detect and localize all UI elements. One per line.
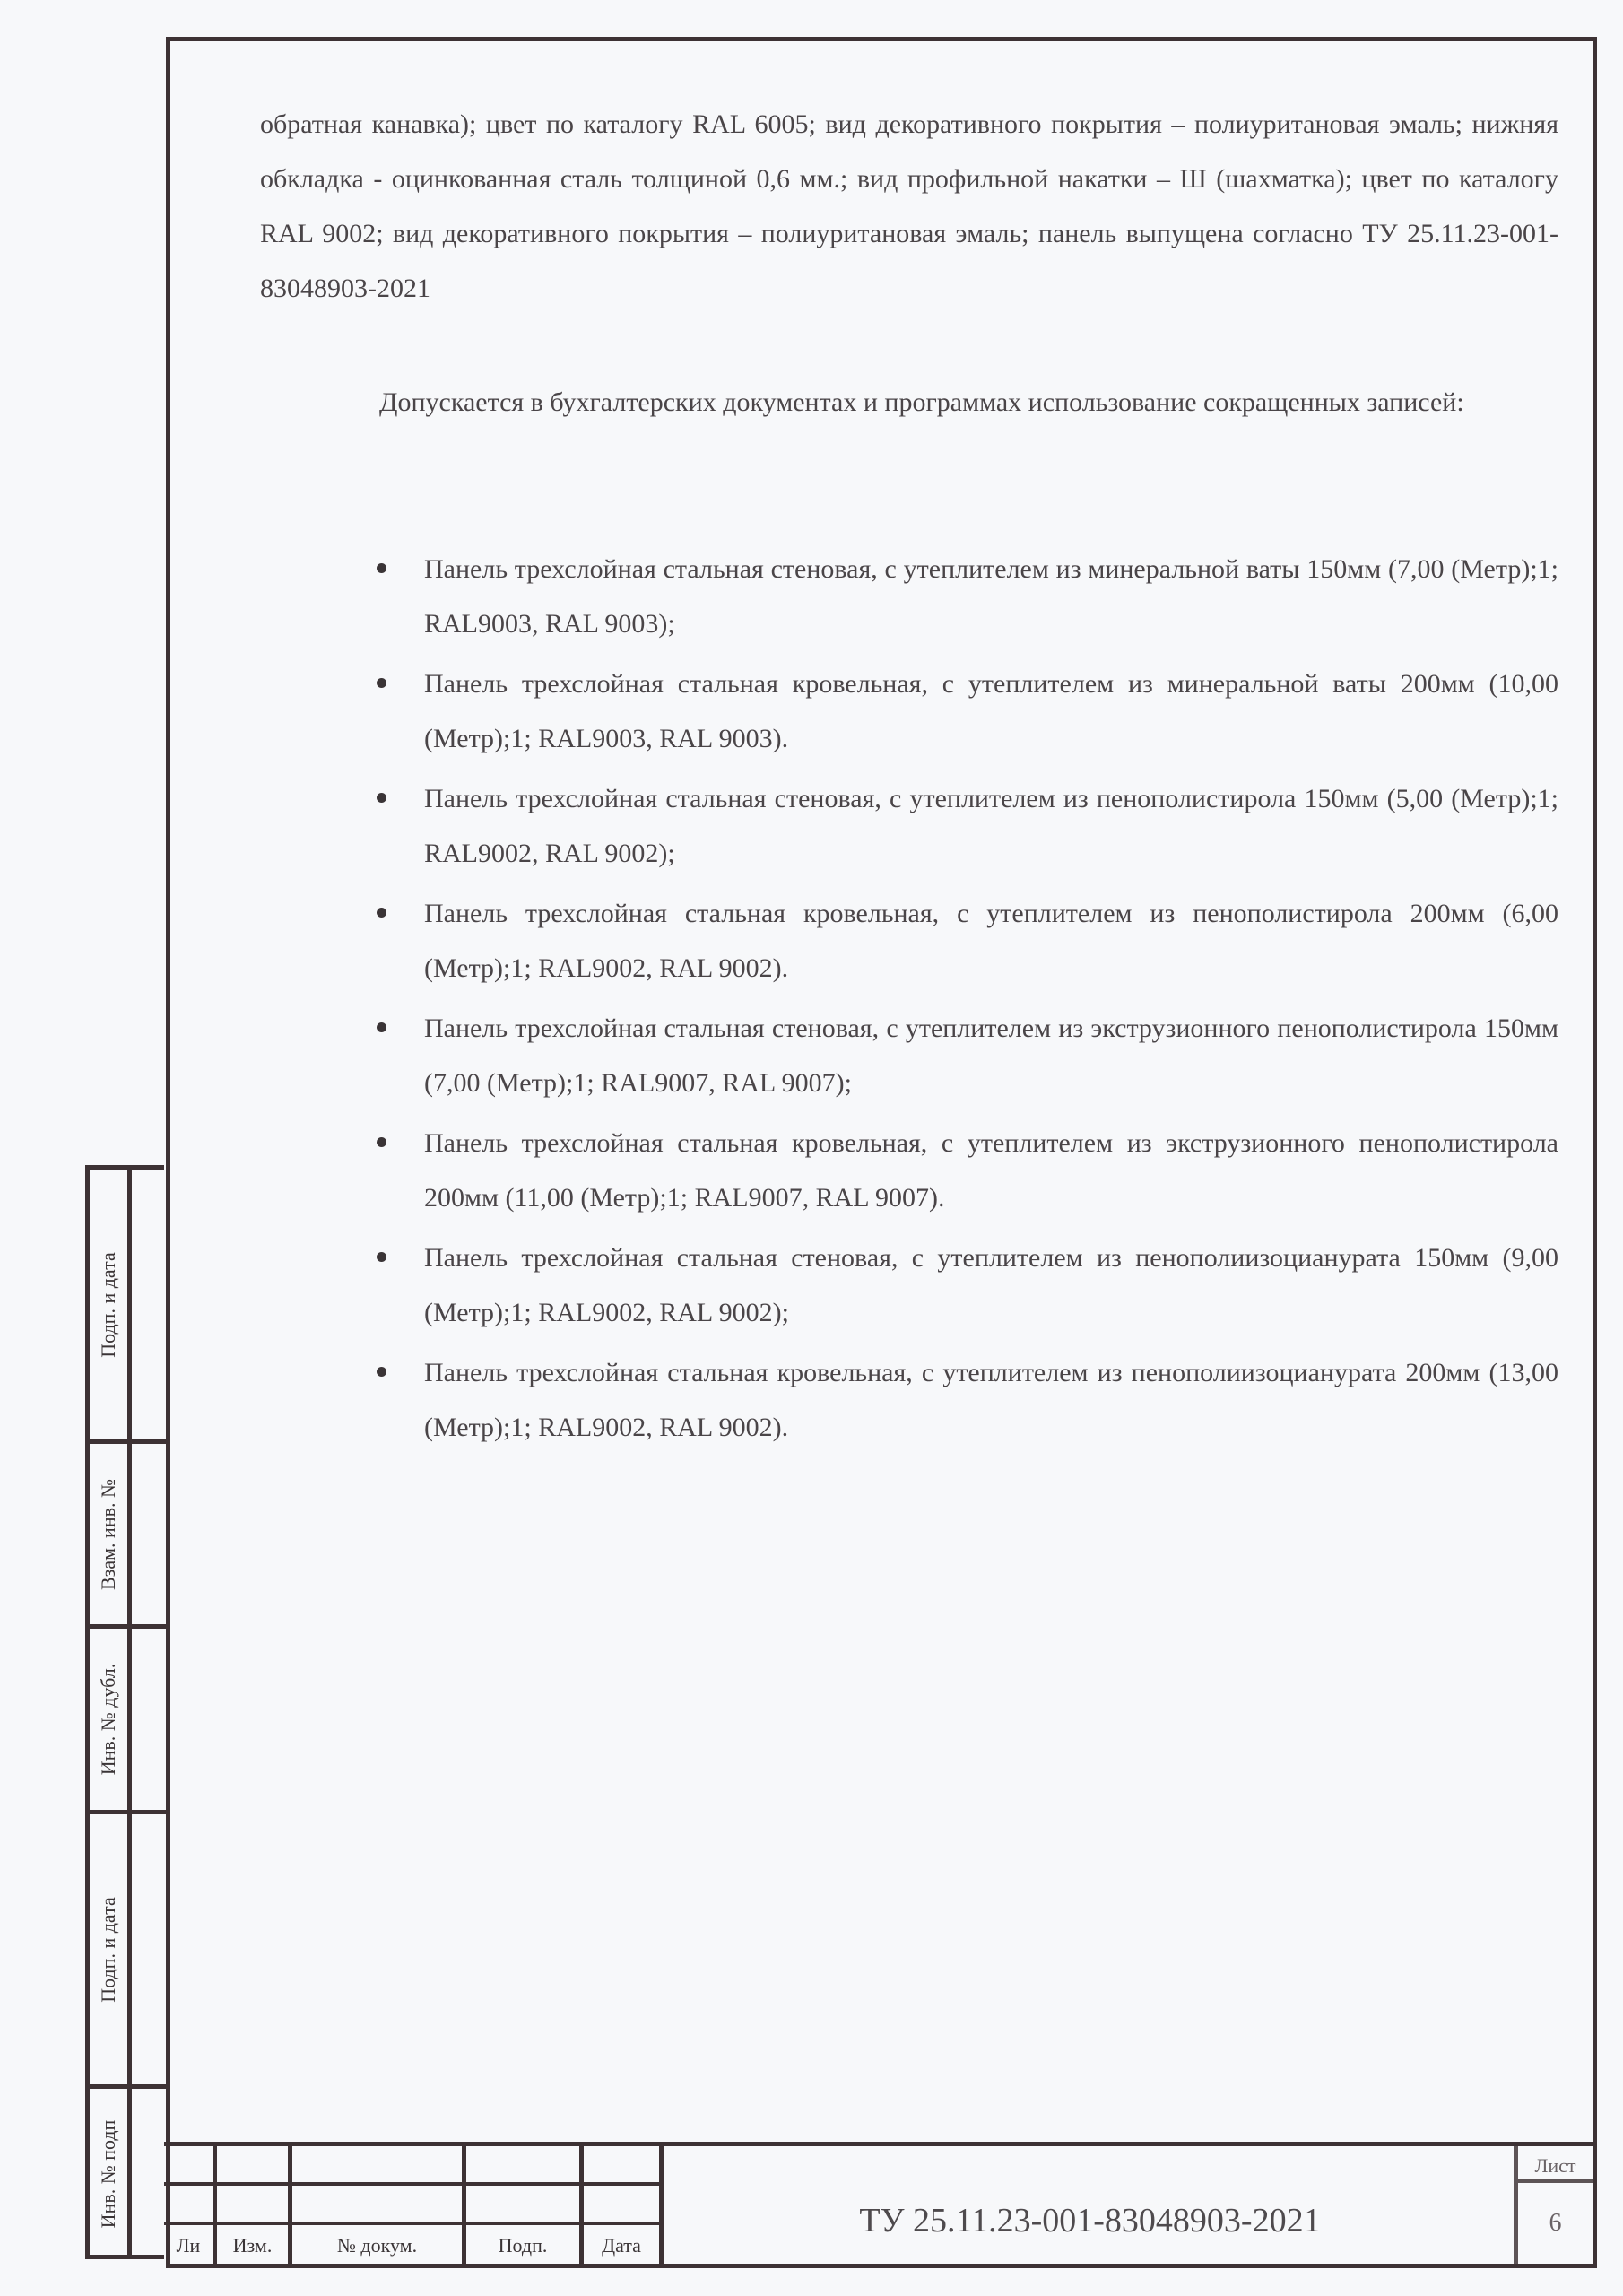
sidebar-field-label: Подп. и дата — [97, 1897, 120, 2003]
list-item-text: Панель трехслойная стальная стеновая, с … — [424, 554, 1558, 639]
bullet-icon — [377, 678, 386, 688]
sidebar-field-original-inv: Инв. № подп — [90, 2089, 169, 2259]
list-item-text: Панель трехслойная стальная кровельная, … — [424, 899, 1558, 983]
list-item: Панель трехслойная стальная кровельная, … — [377, 1116, 1558, 1225]
list-item: Панель трехслойная стальная стеновая, с … — [377, 1001, 1558, 1110]
list-item: Панель трехслойная стальная стеновая, с … — [377, 771, 1558, 881]
list-item: Панель трехслойная стальная стеновая, с … — [377, 1231, 1558, 1340]
bullet-icon — [377, 1367, 386, 1377]
paragraph-text: обратная канавка); цвет по каталогу RAL … — [260, 97, 1558, 316]
list-item: Панель трехслойная стальная кровельная, … — [377, 886, 1558, 996]
abbreviations-list: Панель трехслойная стальная стеновая, с … — [377, 542, 1558, 1460]
sidebar-field-dup-inv: Инв. № дубл. — [90, 1629, 169, 1814]
list-item-text: Панель трехслойная стальная стеновая, с … — [424, 784, 1558, 868]
sheet-box: Лист 6 — [1514, 2146, 1593, 2264]
bullet-icon — [377, 1022, 386, 1032]
revision-table: Ли Изм. № докум. Подп. Дата — [164, 2146, 664, 2264]
list-item: Панель трехслойная стальная кровельная, … — [377, 1345, 1558, 1455]
column-header-signature: Подп. — [466, 2228, 579, 2264]
sidebar-field-label: Подп. и дата — [97, 1252, 120, 1358]
column-header-change: Изм. — [217, 2228, 288, 2264]
sidebar-field-replaced-inv: Взам. инв. № — [90, 1444, 169, 1629]
list-item-text: Панель трехслойная стальная стеновая, с … — [424, 1243, 1558, 1327]
sheet-number: 6 — [1518, 2183, 1593, 2264]
list-item-text: Панель трехслойная стальная стеновая, с … — [424, 1013, 1558, 1098]
title-block: Ли Изм. № докум. Подп. Дата ТУ 25.11.23-… — [164, 2142, 1593, 2264]
sidebar-stamp: Подп. и дата Взам. инв. № Инв. № дубл. П… — [85, 1165, 164, 2259]
column-header-li: Ли — [164, 2228, 213, 2264]
list-item-text: Панель трехслойная стальная кровельная, … — [424, 1128, 1558, 1213]
bullet-icon — [377, 793, 386, 803]
sidebar-field-label: Инв. № подп — [97, 2120, 120, 2229]
list-item: Панель трехслойная стальная кровельная, … — [377, 657, 1558, 766]
column-header-doc-number: № докум. — [292, 2228, 462, 2264]
sidebar-field-signature-date-2: Подп. и дата — [90, 1814, 169, 2089]
list-item-text: Панель трехслойная стальная кровельная, … — [424, 1358, 1558, 1442]
bullet-icon — [377, 1137, 386, 1147]
bullet-icon — [377, 1252, 386, 1262]
intro-paragraph: Допускается в бухгалтерских документах и… — [260, 375, 1558, 430]
bullet-icon — [377, 563, 386, 573]
bullet-icon — [377, 908, 386, 918]
sidebar-field-signature-date-1: Подп. и дата — [90, 1170, 169, 1444]
continuation-paragraph: обратная канавка); цвет по каталогу RAL … — [260, 97, 1558, 316]
sidebar-field-label: Взам. инв. № — [97, 1479, 120, 1590]
column-header-date: Дата — [584, 2228, 659, 2264]
sidebar-field-label: Инв. № дубл. — [97, 1664, 120, 1776]
paragraph-text: Допускается в бухгалтерских документах и… — [260, 375, 1558, 430]
list-item: Панель трехслойная стальная стеновая, с … — [377, 542, 1558, 651]
list-item-text: Панель трехслойная стальная кровельная, … — [424, 669, 1558, 753]
sheet-label: Лист — [1518, 2146, 1593, 2183]
document-code: ТУ 25.11.23-001-83048903-2021 — [666, 2146, 1514, 2264]
